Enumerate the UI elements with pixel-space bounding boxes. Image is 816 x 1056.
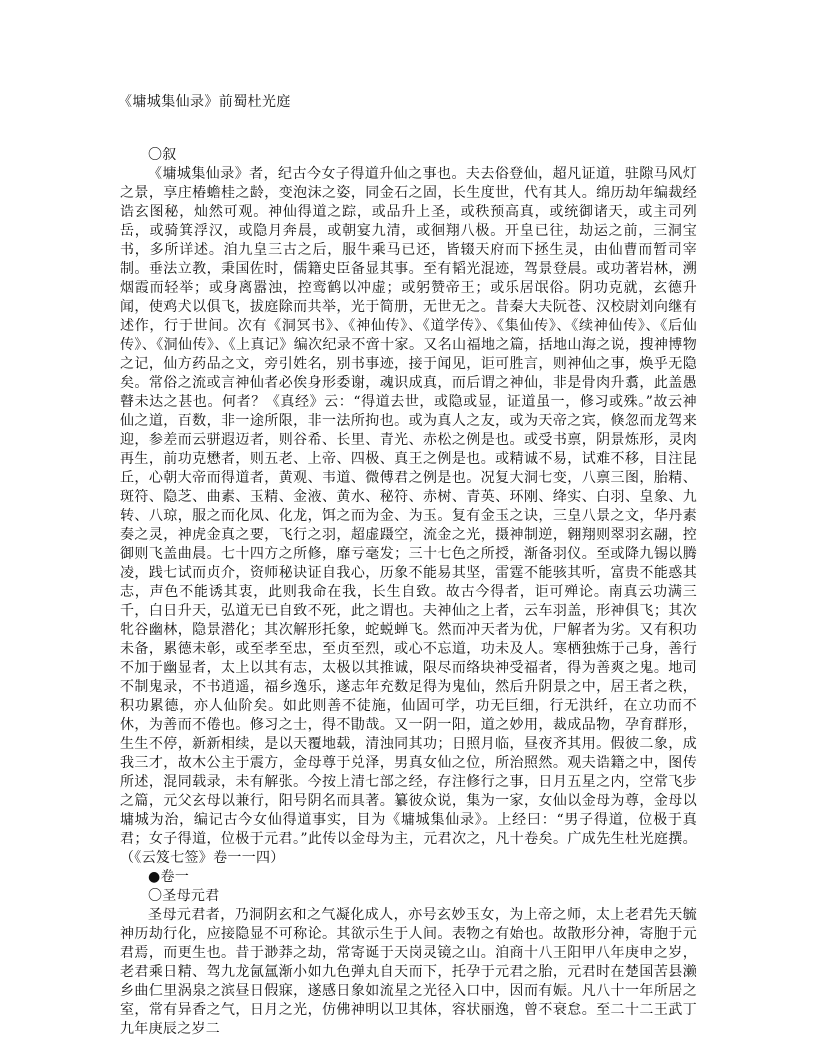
section-heading-volume-one: ●卷一	[120, 868, 697, 887]
document-title: 《墉城集仙录》前蜀杜光庭	[118, 93, 291, 112]
shengmu-yuanjun-paragraph: 圣母元君者，乃洞阴玄和之气凝化成人，亦号玄妙玉女，为上帝之师，太上老君先天毓神历…	[120, 906, 697, 1039]
section-heading-shengmu-yuanjun: 〇圣母元君	[120, 887, 697, 906]
section-heading-preface: 〇叙	[120, 146, 697, 165]
document-body: 〇叙 《墉城集仙录》者，纪古今女子得道升仙之事也。夫去俗登仙，超凡证道，驻隙马风…	[120, 146, 697, 1039]
preface-paragraph: 《墉城集仙录》者，纪古今女子得道升仙之事也。夫去俗登仙，超凡证道，驻隙马风灯之景…	[120, 165, 697, 868]
